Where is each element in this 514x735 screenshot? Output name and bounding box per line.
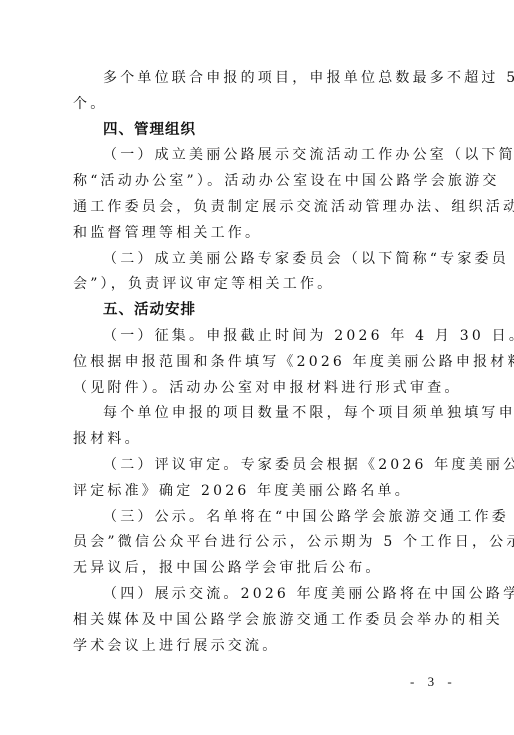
paragraph-line: （二）成立美丽公路专家委员会（以下简称“专家委员	[73, 247, 443, 273]
paragraph-line: 会”），负责评议审定等相关工作。	[73, 272, 443, 298]
paragraph-line: 无异议后，报中国公路学会审批后公布。	[73, 556, 443, 582]
paragraph-line: 个。	[73, 92, 443, 118]
document-body: 多个单位联合申报的项目，申报单位总数最多不超过 5 个。 四、管理组织 （一）成…	[73, 66, 443, 659]
paragraph-line: （二）评议审定。专家委员会根据《2026 年度美丽公路	[73, 453, 443, 479]
paragraph-line: 评定标准》确定 2026 年度美丽公路名单。	[73, 479, 443, 505]
paragraph-line: 每个单位申报的项目数量不限，每个项目须单独填写申	[73, 401, 443, 427]
paragraph-line: 员会”微信公众平台进行公示，公示期为 5 个工作日，公示	[73, 530, 443, 556]
paragraph-line: 位根据申报范围和条件填写《2026 年度美丽公路申报材料》	[73, 350, 443, 376]
paragraph-line: （见附件）。活动办公室对申报材料进行形式审查。	[73, 376, 443, 402]
paragraph-line: 和监督管理等相关工作。	[73, 221, 443, 247]
paragraph-line: 报材料。	[73, 427, 443, 453]
paragraph-line: 多个单位联合申报的项目，申报单位总数最多不超过 5	[73, 66, 443, 92]
section-heading-schedule: 五、活动安排	[73, 298, 443, 324]
paragraph-line: （一）成立美丽公路展示交流活动工作办公室（以下简	[73, 143, 443, 169]
paragraph-line: （一）征集。申报截止时间为 2026 年 4 月 30 日。各单	[73, 324, 443, 350]
paragraph-line: （三）公示。名单将在“中国公路学会旅游交通工作委	[73, 505, 443, 531]
paragraph-line: 学术会议上进行展示交流。	[73, 634, 443, 660]
section-heading-management: 四、管理组织	[73, 118, 443, 144]
paragraph-line: 相关媒体及中国公路学会旅游交通工作委员会举办的相关	[73, 608, 443, 634]
paragraph-line: （四）展示交流。2026 年度美丽公路将在中国公路学会	[73, 582, 443, 608]
page-number: - 3 -	[410, 674, 457, 690]
document-page: 多个单位联合申报的项目，申报单位总数最多不超过 5 个。 四、管理组织 （一）成…	[0, 0, 514, 735]
paragraph-line: 称“活动办公室”）。活动办公室设在中国公路学会旅游交	[73, 169, 443, 195]
paragraph-line: 通工作委员会，负责制定展示交流活动管理办法、组织活动	[73, 195, 443, 221]
